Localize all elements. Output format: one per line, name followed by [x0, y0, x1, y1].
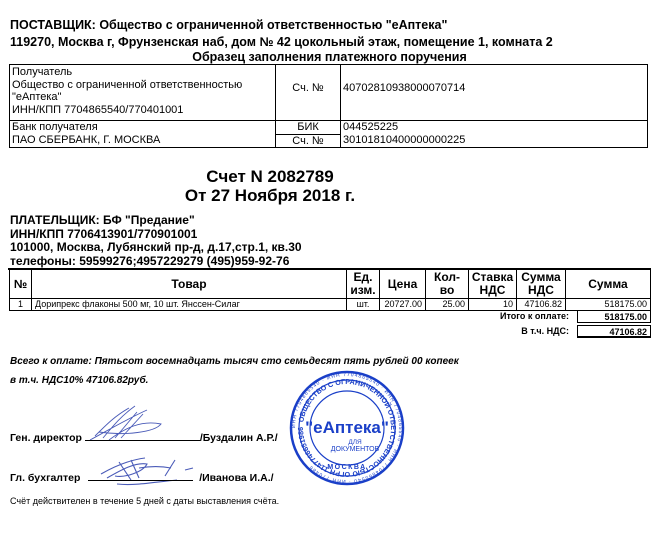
total-row: Итого к оплате: 518175.00	[9, 310, 651, 323]
payer-name: ПЛАТЕЛЬЩИК: БФ "Предание"	[10, 214, 302, 228]
header-unit: Ед.изм.	[347, 270, 380, 299]
vat-row: В т.ч. НДС: 47106.82	[9, 325, 651, 338]
table-header-row: № Товар Ед.изм. Цена Кол-во СтавкаНДС Су…	[10, 270, 651, 299]
recipient-name-2: "еАптека"	[12, 91, 273, 104]
invoice-date: От 27 Ноября 2018 г.	[0, 186, 540, 205]
row-unit: шт.	[347, 299, 380, 311]
stamp-sub-text-2: ДОКУМЕНТОВ	[331, 446, 380, 453]
bik-label: БИК	[276, 121, 341, 135]
payer-inn: ИНН/КПП 7706413901/770901001	[10, 228, 302, 242]
stamp-icon: ИНН 7704865540 · ИНН 7704865540 · ИНН 77…	[289, 370, 405, 486]
sample-title: Образец заполнения платежного поручения	[0, 50, 659, 64]
header-vat-sum-2: НДС	[519, 284, 563, 297]
invoice-number: Счет N 2082789	[0, 167, 540, 186]
vat-label: В т.ч. НДС:	[521, 325, 577, 338]
payer-address: 101000, Москва, Лубянский пр-д, д.17,стр…	[10, 241, 302, 255]
payer-phones: телефоны: 59599276;4957229279 (495)959-9…	[10, 255, 302, 269]
supplier-address: 119270, Москва г, Фрунзенская наб, дом №…	[10, 34, 553, 51]
bank-details-table: Получатель Общество с ограниченной ответ…	[9, 64, 648, 148]
director-signature-line	[85, 440, 200, 441]
validity-note: Счёт действителен в течение 5 дней с дат…	[10, 496, 279, 506]
table-row: 1 Дорипрекс флаконы 500 мг, 10 шт. Янссе…	[10, 299, 651, 311]
row-price: 20727.00	[380, 299, 426, 311]
header-unit-2: изм.	[349, 284, 377, 297]
director-label: Ген. директор	[10, 432, 82, 444]
accountant-signature-line	[88, 480, 193, 481]
totals-block: Итого к оплате: 518175.00 В т.ч. НДС: 47…	[9, 310, 651, 338]
recipient-inn: ИНН/КПП 7704865540/770401001	[12, 104, 273, 117]
header-vat-rate: СтавкаНДС	[469, 270, 517, 299]
row-num: 1	[10, 299, 32, 311]
supplier-name: ПОСТАВЩИК: Общество с ограниченной ответ…	[10, 17, 553, 34]
total-value: 518175.00	[577, 310, 651, 323]
corr-account-value: 30101810400000000225	[343, 134, 645, 147]
invoice-title: Счет N 2082789 От 27 Ноября 2018 г.	[0, 167, 540, 205]
payer-block: ПЛАТЕЛЬЩИК: БФ "Предание" ИНН/КПП 770641…	[10, 214, 302, 268]
bank-label: Банк получателя	[12, 121, 273, 134]
recipient-cell: Получатель Общество с ограниченной ответ…	[10, 65, 276, 121]
account-value: 40702810938000070714	[341, 65, 648, 121]
total-label: Итого к оплате:	[500, 310, 577, 323]
bank-cell: Банк получателя ПАО СБЕРБАНК, Г. МОСКВА	[10, 121, 276, 148]
bik-value: 044525225	[343, 121, 645, 134]
row-product: Дорипрекс флаконы 500 мг, 10 шт. Янссен-…	[32, 299, 347, 311]
account-value-text: 40702810938000070714	[343, 82, 465, 94]
account-label: Сч. №	[276, 65, 341, 121]
header-vat-sum: СуммаНДС	[517, 270, 566, 299]
director-name: /Буздалин А.Р./	[200, 432, 278, 444]
company-stamp: ИНН 7704865540 · ИНН 7704865540 · ИНН 77…	[289, 370, 405, 486]
corr-account-label: Сч. №	[276, 134, 341, 148]
director-signature-row: Ген. директор /Буздалин А.Р./	[10, 432, 278, 444]
header-num: №	[10, 270, 32, 299]
header-vat-rate-2: НДС	[471, 284, 514, 297]
stamp-city: МОСКВА	[327, 464, 366, 471]
items-table: № Товар Ед.изм. Цена Кол-во СтавкаНДС Су…	[9, 269, 651, 311]
total-words-line: Всего к оплате: Пятьсот восемнадцать тыс…	[10, 352, 459, 371]
header-product: Товар	[32, 270, 347, 299]
supplier-block: ПОСТАВЩИК: Общество с ограниченной ответ…	[10, 17, 553, 51]
account-label-text: Сч. №	[292, 82, 323, 94]
stamp-center-text: "еАптека"	[305, 418, 389, 437]
accountant-name: /Иванова И.А./	[199, 472, 273, 484]
row-vat-rate: 10	[469, 299, 517, 311]
row-sum: 518175.00	[566, 299, 651, 311]
stamp-sub-text-1: ДЛЯ	[348, 439, 362, 446]
accountant-label: Гл. бухгалтер	[10, 472, 80, 484]
vat-value: 47106.82	[577, 325, 651, 338]
row-qty: 25.00	[426, 299, 469, 311]
bik-corr-cell: 044525225 30101810400000000225	[341, 121, 648, 148]
recipient-name: Общество с ограниченной ответственностью	[12, 79, 273, 92]
header-price: Цена	[380, 270, 426, 299]
accountant-signature-row: Гл. бухгалтер /Иванова И.А./	[10, 472, 274, 484]
bank-name: ПАО СБЕРБАНК, Г. МОСКВА	[12, 134, 273, 147]
header-sum: Сумма	[566, 270, 651, 299]
header-qty: Кол-во	[426, 270, 469, 299]
row-vat-sum: 47106.82	[517, 299, 566, 311]
recipient-label: Получатель	[12, 66, 273, 79]
